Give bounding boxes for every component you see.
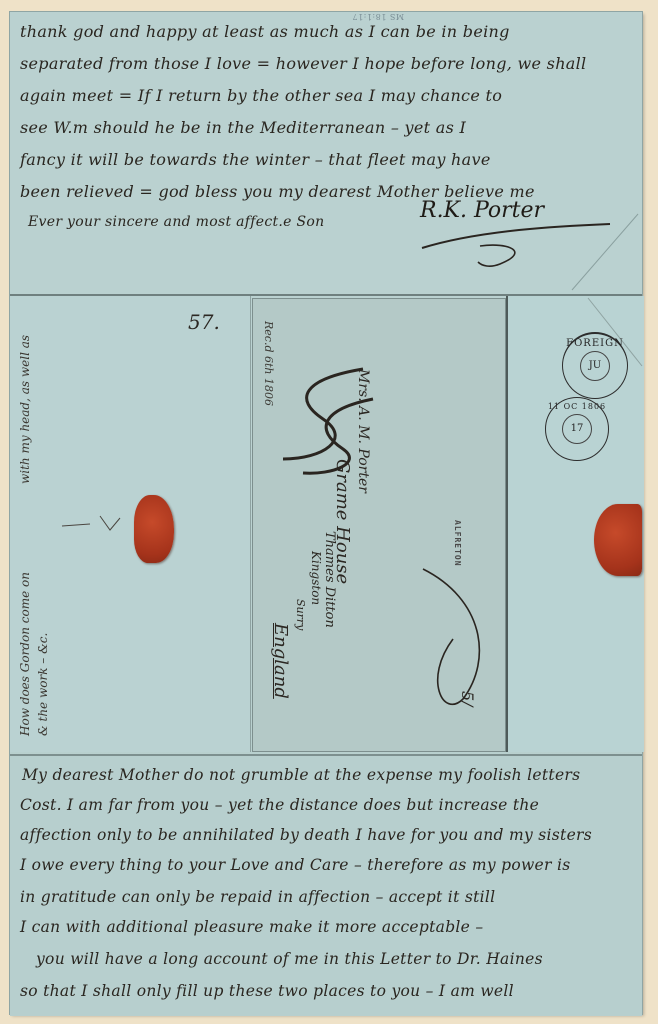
letter-sheet: MS 18:1:17 thank god and happy at least … (10, 12, 642, 1014)
vertical-note: with my head, as well as (18, 335, 32, 484)
letter-line: fancy it will be towards the winter – th… (20, 150, 491, 169)
address-county: Surry (294, 599, 307, 630)
letter-line: again meet = If I return by the other se… (20, 86, 502, 105)
folio-number: 57. (188, 310, 220, 334)
letter-top-panel: MS 18:1:17 thank god and happy at least … (10, 12, 642, 296)
letter-line: so that I shall only fill up these two p… (20, 982, 514, 1000)
letter-line: I owe every thing to your Love and Care … (20, 856, 570, 874)
wax-seal (594, 504, 642, 576)
catalog-stamp: MS 18:1:17 (352, 12, 404, 21)
letter-line: My dearest Mother do not grumble at the … (22, 766, 580, 784)
letter-line: affection only to be annihilated by deat… (20, 826, 592, 844)
postmark-ring-text: 11 OC 1806 (546, 402, 608, 411)
wax-seal (134, 495, 174, 563)
large-rate-mark-icon (263, 359, 383, 479)
ink-mark-icon (60, 508, 140, 538)
foreign-postmark: FOREIGN JU (562, 332, 628, 399)
letter-closing: Ever your sincere and most affect.e Son (28, 214, 324, 230)
letter-line: see W.m should he be in the Mediterranea… (20, 118, 466, 137)
letter-bottom-panel: My dearest Mother do not grumble at the … (10, 754, 642, 1016)
letter-line: you will have a long account of me in th… (36, 950, 543, 968)
letter-line: I can with additional pleasure make it m… (20, 918, 483, 936)
letter-line: Cost. I am far from you – yet the distan… (20, 796, 539, 814)
postmark-ring-text: FOREIGN (563, 338, 627, 349)
address-town: Kingston (309, 551, 323, 605)
letter-line: in gratitude can only be repaid in affec… (20, 888, 495, 906)
address-country: England (270, 623, 291, 699)
postmark-center: JU (580, 351, 610, 381)
postmark-center: 17 (562, 414, 592, 444)
rate-mark: 5/ (458, 691, 477, 707)
date-postmark: 11 OC 1806 17 (545, 397, 609, 461)
vertical-note: & the work – &c. (36, 633, 50, 736)
letter-left-panel: 57. with my head, as well as How does Go… (10, 296, 251, 752)
address-panel: Rec.d 6th 1806 Mrs. A. M. Porter Grame H… (252, 298, 506, 752)
letter-line: separated from those I love = however I … (20, 54, 586, 73)
vertical-note: How does Gordon come on (18, 572, 32, 736)
letter-line: thank god and happy at least as much as … (20, 22, 510, 41)
address-place: Thames Ditton (322, 531, 337, 628)
paper-crease-icon (570, 212, 640, 292)
town-stamp: ALFRETON (453, 520, 462, 567)
